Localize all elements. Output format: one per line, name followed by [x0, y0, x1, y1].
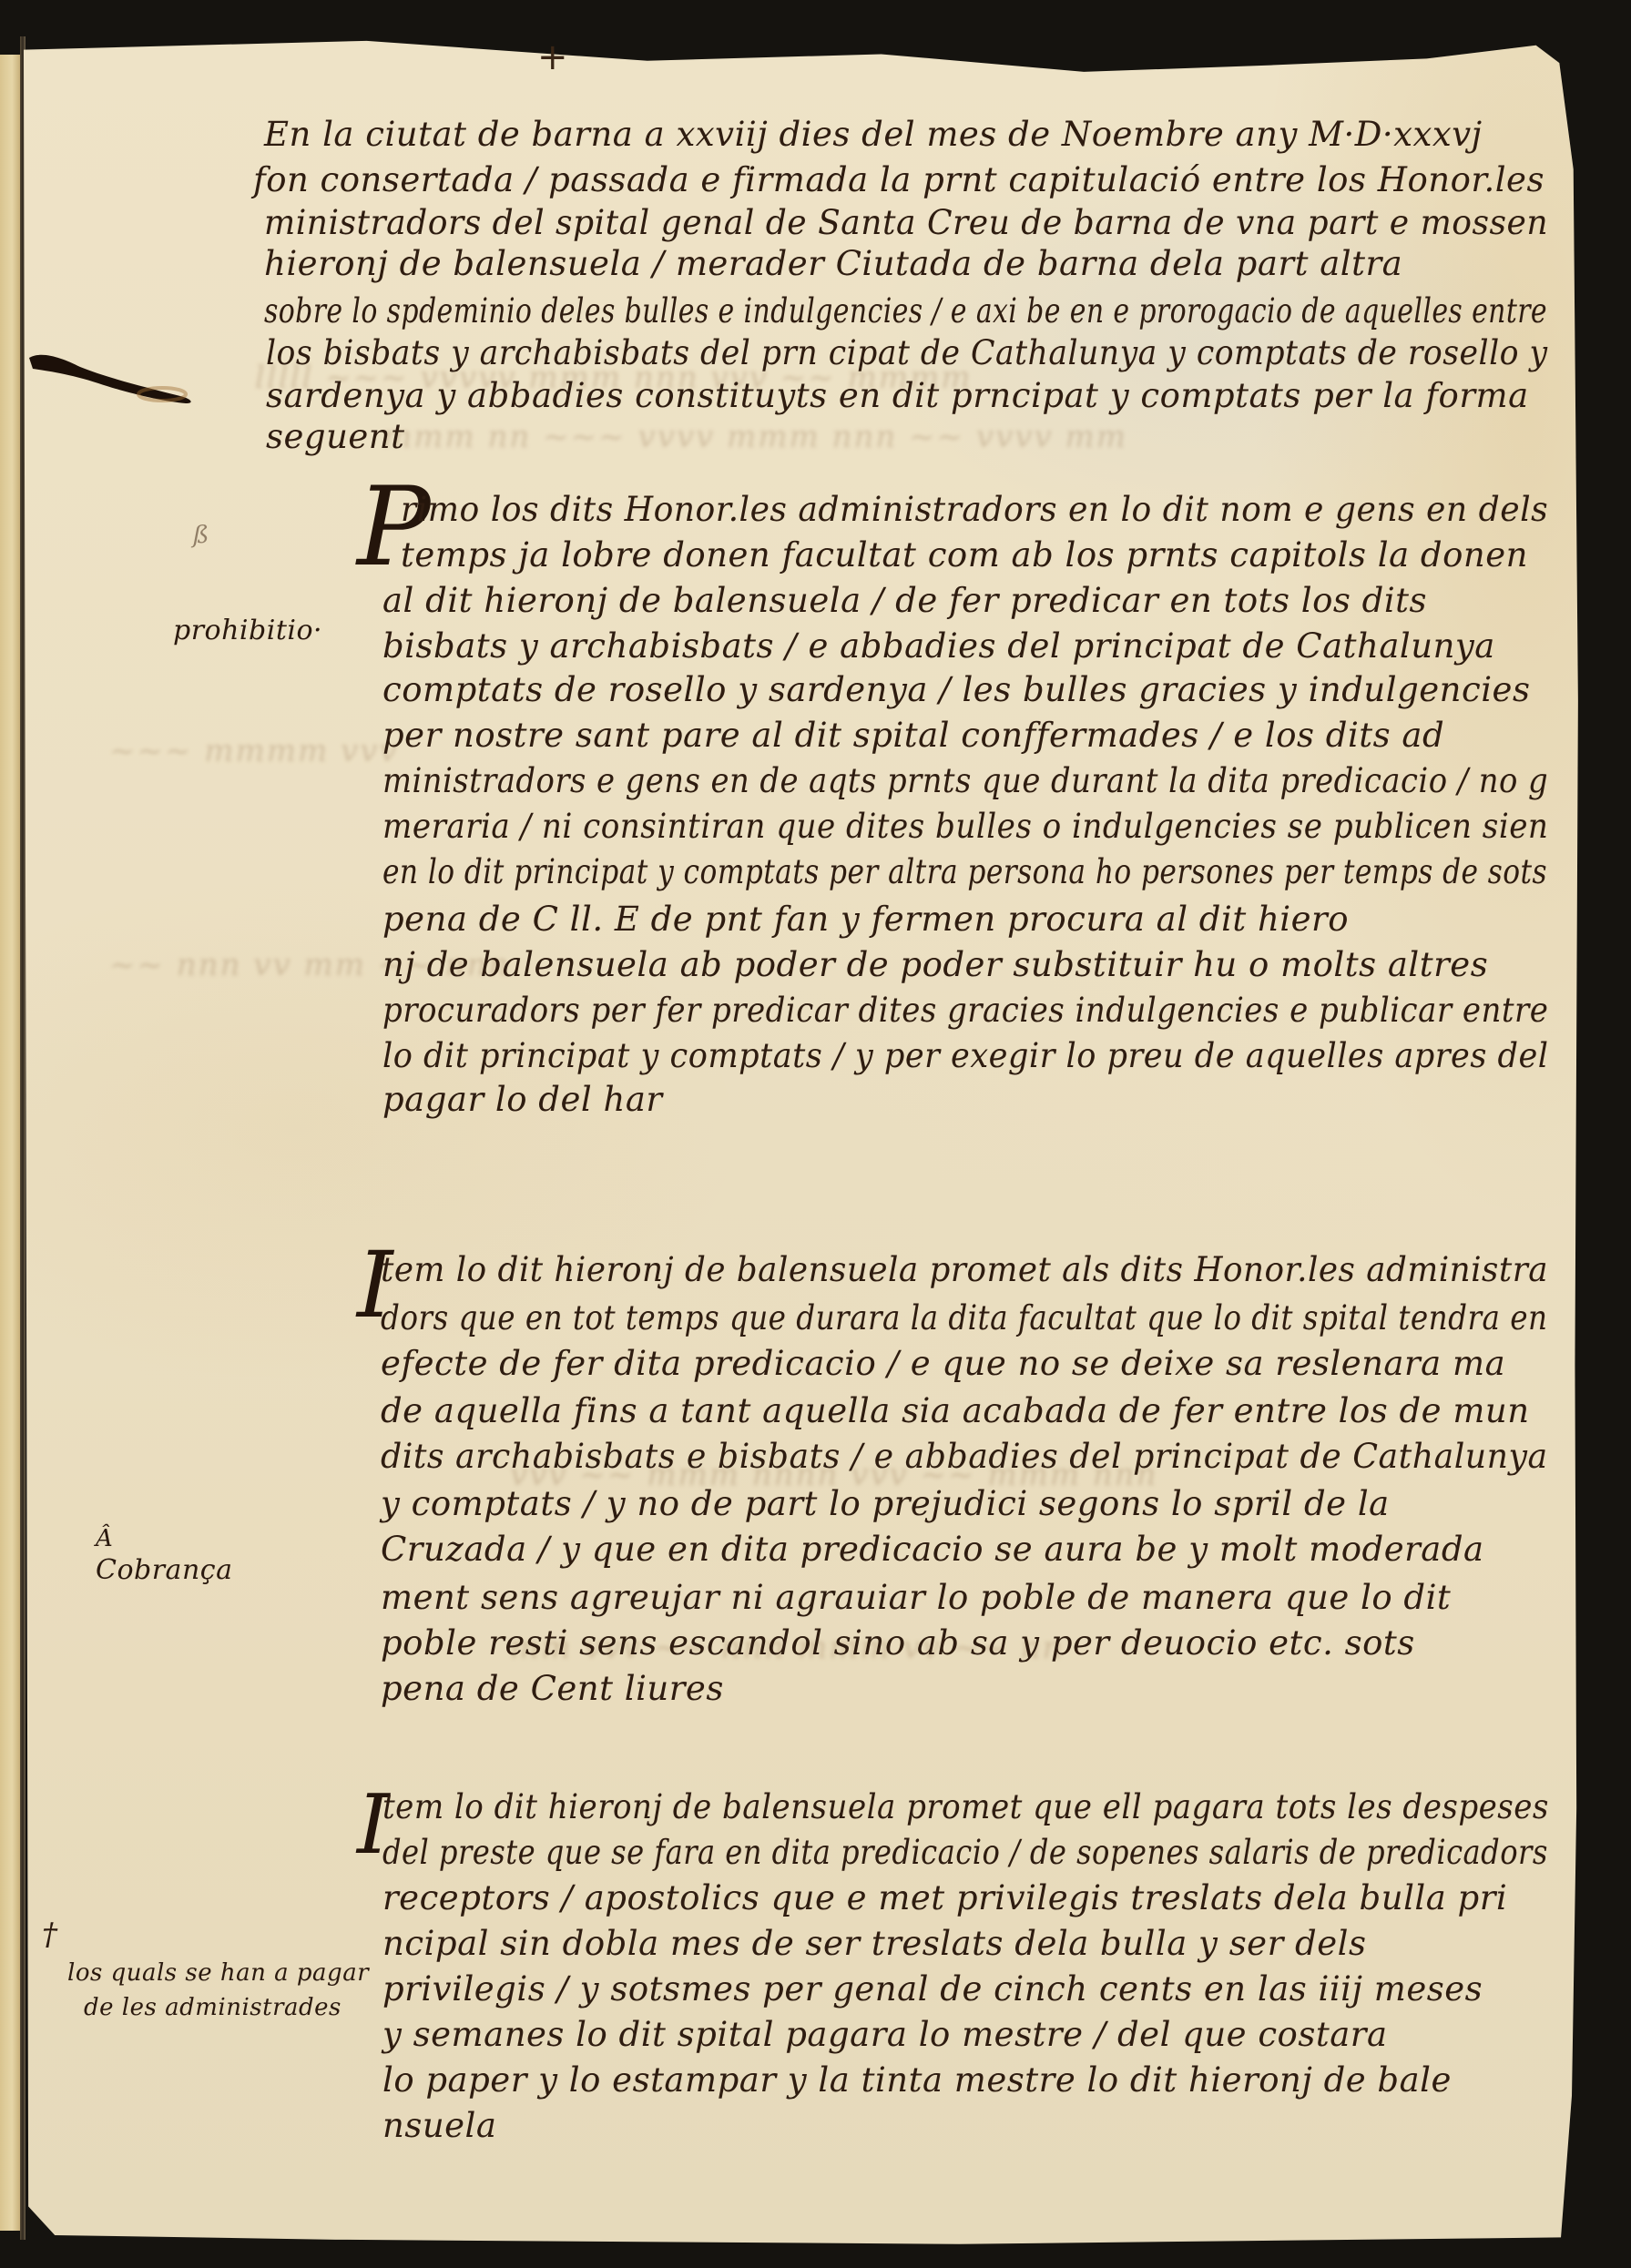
text-line: comptats de rosello y sardenya / les bul… [382, 672, 1530, 708]
text-line: los bisbats y archabisbats del prn cipat… [266, 335, 1548, 371]
margin-note-cobranca: Cobrança [96, 1554, 232, 1586]
text-line: temps ja lobre donen facultat com ab los… [401, 537, 1528, 574]
text-line: meraria / ni consintiran que dites bulle… [382, 809, 1548, 845]
text-line: del preste que se fara en dita predicaci… [382, 1835, 1548, 1871]
text-line: rimo los dits Honor.les administradors e… [401, 492, 1548, 528]
text-line: ment sens agreujar ni agrauiar lo poble … [381, 1580, 1451, 1616]
text-line: ministradors e gens en de aqts prnts que… [382, 763, 1548, 799]
text-line: hieronj de balensuela / merader Ciutada … [264, 246, 1402, 282]
text-line: dors que en tot temps que durara la dita… [381, 1300, 1547, 1337]
folio-cross-mark: + [537, 36, 568, 78]
text-line: procuradors per fer predicar dites graci… [382, 992, 1548, 1029]
ink-blot-icon [25, 351, 208, 405]
ink-bleed-through: mmm nn ~~~ vvvv mmm nnn ~~ vvvv mm [382, 419, 1127, 455]
text-line: pagar lo del har [382, 1082, 663, 1118]
text-line: de aquella fins a tant aquella sia acaba… [381, 1393, 1530, 1429]
text-line: pena de Cent liures [381, 1671, 724, 1707]
text-line: efecte de fer dita predicacio / e que no… [381, 1346, 1505, 1382]
text-line: privilegis / y sotsmes per genal de cinc… [382, 1971, 1483, 2008]
text-line: per nostre sant pare al dit spital conff… [382, 717, 1444, 754]
ink-bleed-through: ~~~ mmmm vvv [109, 733, 399, 769]
text-line: lo paper y lo estampar y la tinta mestre… [382, 2062, 1452, 2099]
adjacent-page-edge [0, 55, 20, 2231]
text-line: sardenya y abbadies constituyts en dit p… [266, 378, 1529, 414]
text-line: nj de balensuela ab poder de poder subst… [382, 947, 1488, 983]
text-line: receptors / apostolics que e met privile… [382, 1880, 1507, 1917]
text-line: pena de C ll. E de pnt fan y fermen proc… [382, 901, 1349, 938]
text-line: poble resti sens escandol sino ab sa y p… [381, 1625, 1415, 1662]
faint-margin-mark: ß [193, 522, 209, 549]
text-line: tem lo dit hieronj de balensuela promet … [381, 1252, 1548, 1288]
text-line: nsuela [382, 2108, 496, 2144]
text-line: al dit hieronj de balensuela / de fer pr… [382, 583, 1427, 619]
text-line: sobre lo spdeminio deles bulles e indulg… [264, 293, 1547, 330]
text-line: tem lo dit hieronj de balensuela promet … [382, 1789, 1549, 1826]
text-line: en lo dit principat y comptats per altra… [382, 854, 1547, 890]
text-line: y comptats / y no de part lo prejudici s… [381, 1486, 1390, 1522]
text-line: seguent [266, 419, 405, 455]
text-line: ministradors del spital genal de Santa C… [264, 205, 1548, 241]
margin-note-cross: † [42, 1917, 58, 1953]
margin-note-payment-line1: los quals se han a pagar [67, 1959, 369, 1987]
text-line: bisbats y archabisbats / e abbadies del … [382, 628, 1495, 665]
text-line: dits archabisbats e bisbats / e abbadies… [381, 1439, 1548, 1475]
manuscript-scan: lllll ~~~ vvvvv mmm nnn vvv ~~ mmmm mmm … [0, 0, 1631, 2268]
text-line: ncipal sin dobla mes de ser treslats del… [382, 1926, 1366, 1962]
margin-note-payment-line2: de les administrades [84, 1994, 341, 2021]
text-line: fon consertada / passada e firmada la pr… [253, 162, 1544, 198]
text-line: lo dit principat y comptats / y per exeg… [382, 1038, 1548, 1074]
text-line: Cruzada / y que en dita predicacio se au… [381, 1531, 1484, 1568]
margin-note-mark: Â [96, 1525, 113, 1552]
text-line: En la ciutat de barna a xxviij dies del … [264, 117, 1483, 153]
text-line: y semanes lo dit spital pagara lo mestre… [382, 2017, 1388, 2053]
margin-note-prohibition: prohibitio· [173, 615, 322, 646]
